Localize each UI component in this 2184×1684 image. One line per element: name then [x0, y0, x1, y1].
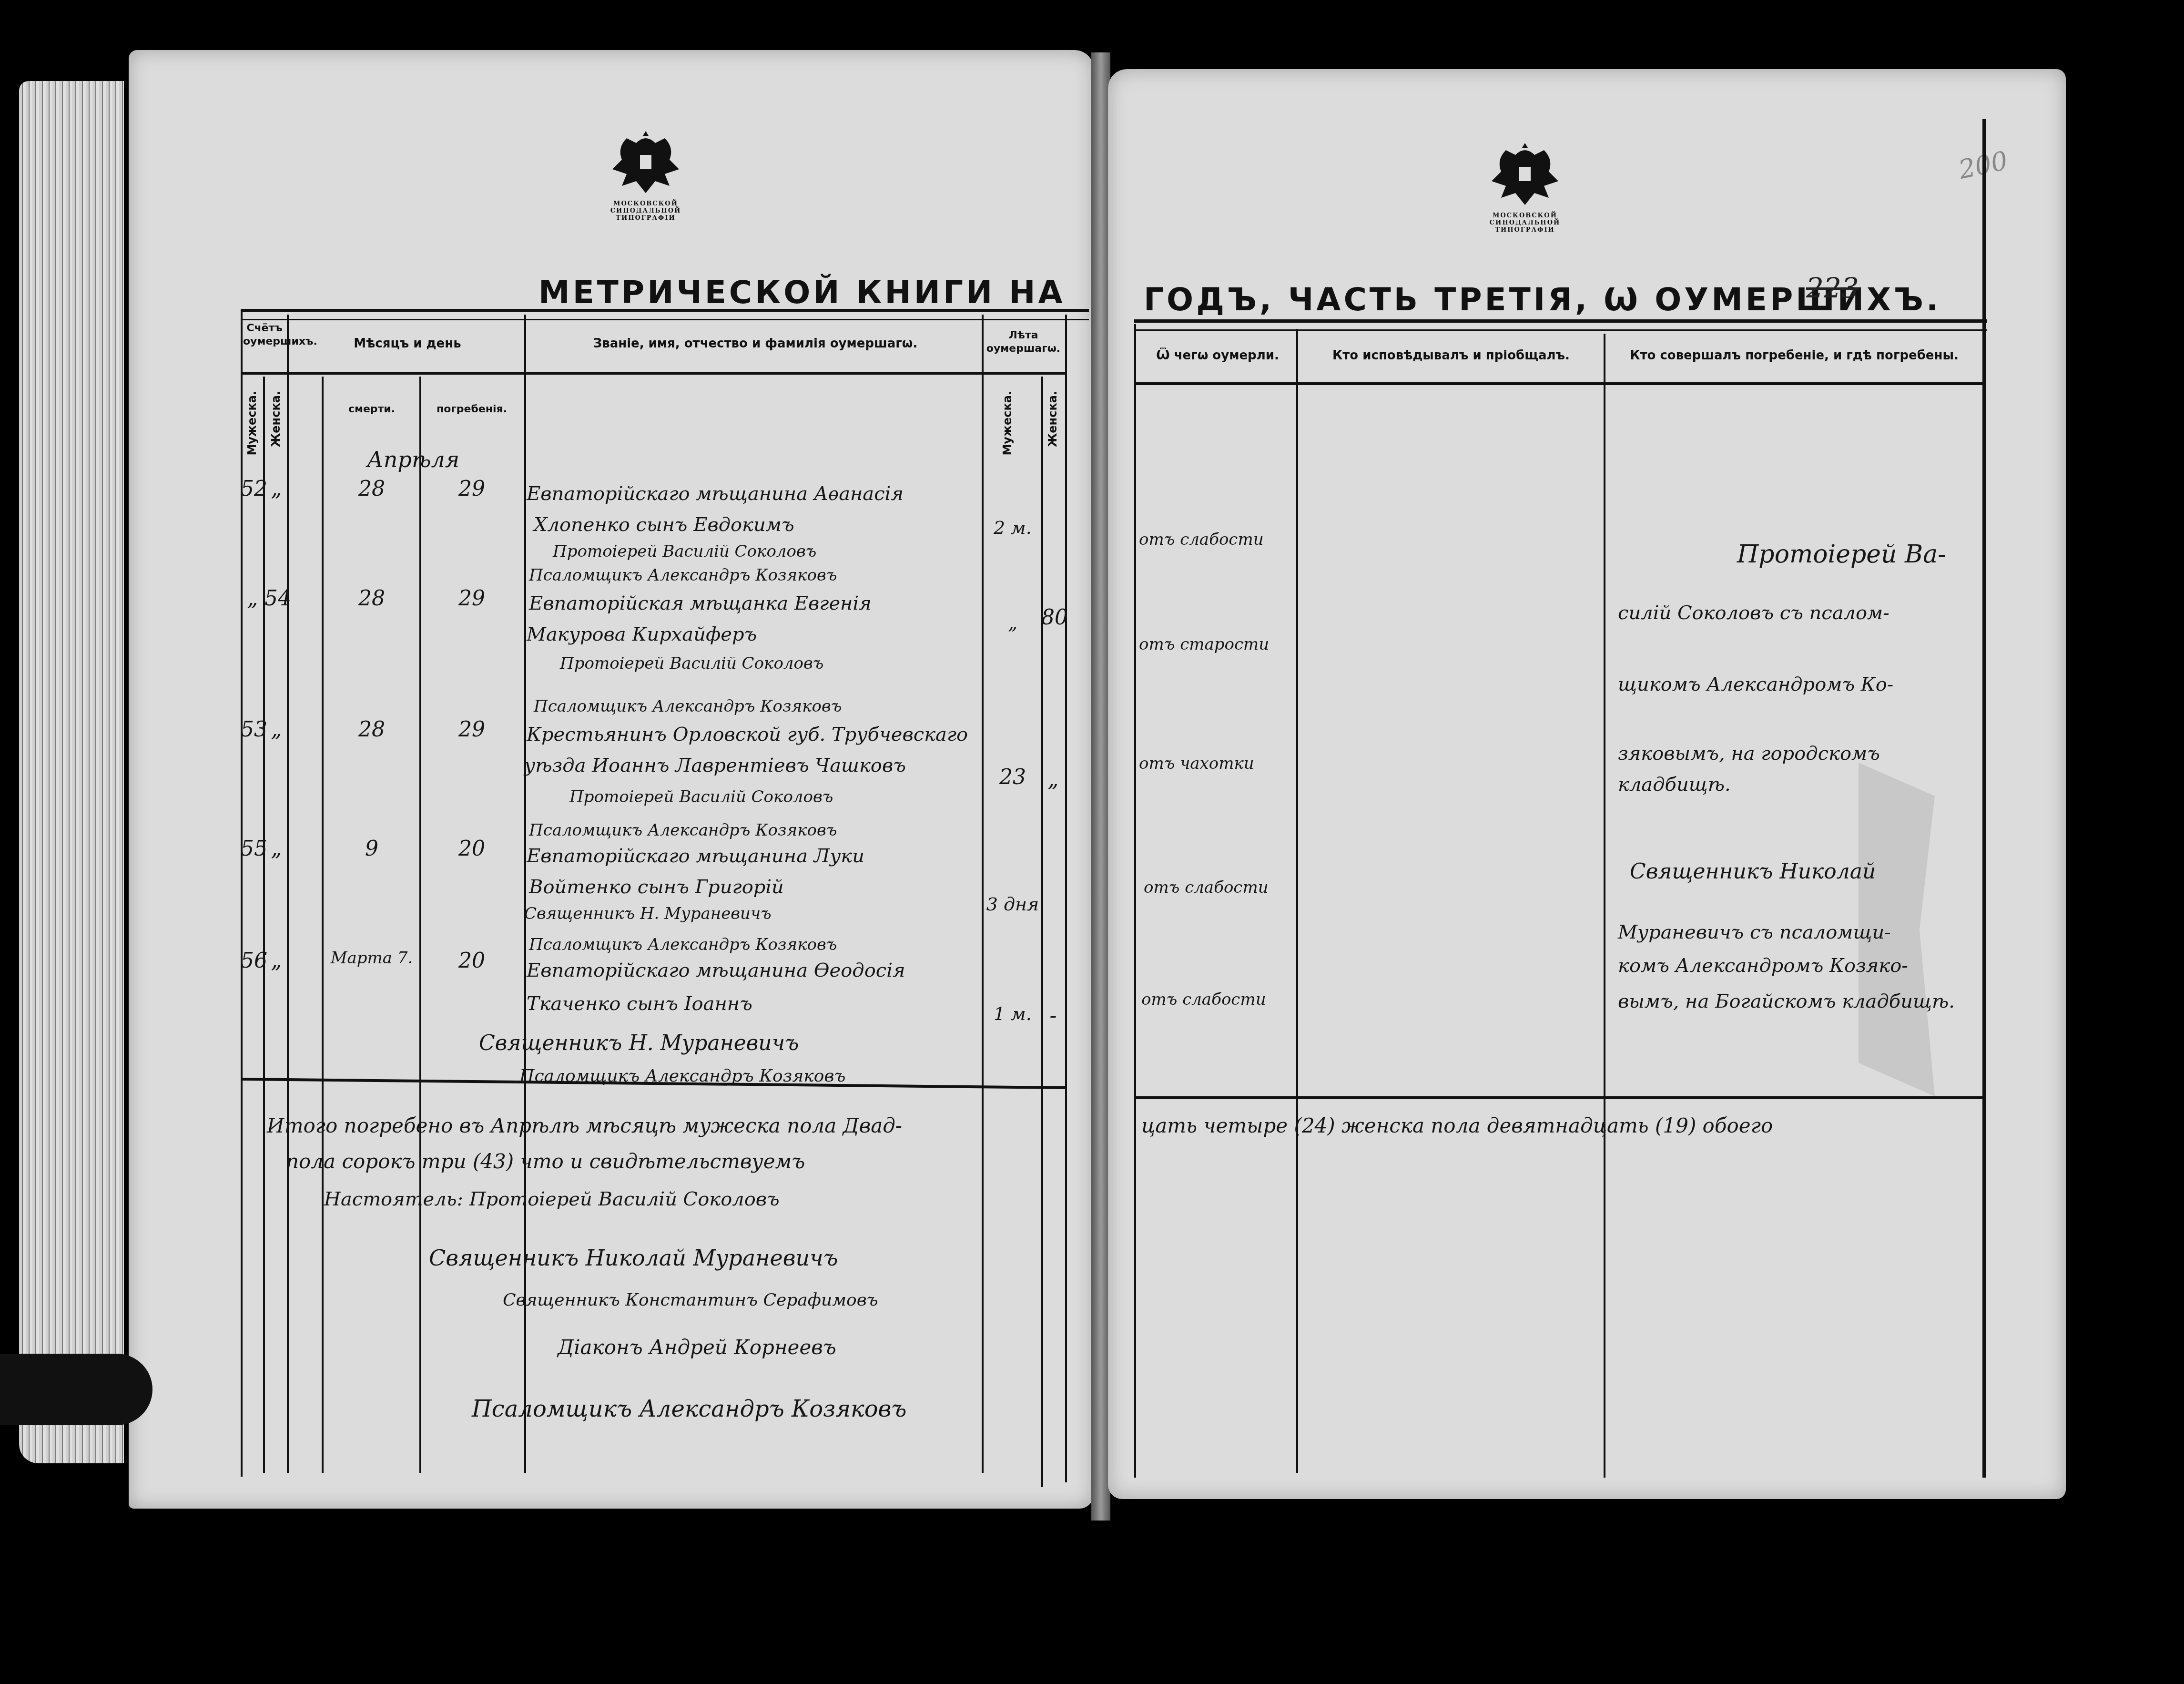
entry-age-male: „	[984, 612, 1041, 633]
header-count-female: Женска.	[269, 391, 283, 447]
entry-burial-day: 20	[422, 949, 522, 973]
header-confessor: Кто исповѣдывалъ и пріобщалъ.	[1301, 348, 1601, 364]
entry-text: Евпаторійскаго мѣщанина Аѳанасія	[527, 481, 904, 506]
book-gutter	[1091, 52, 1110, 1521]
burial-text: зяковымъ, на городскомъ	[1618, 741, 1880, 766]
entry-female-no: „	[264, 717, 288, 742]
entry-age-male: 2 м.	[984, 517, 1041, 538]
entry-signature: Протоіерей Василій Соколовъ	[553, 541, 816, 562]
month-label: Апрѣля	[367, 446, 459, 474]
header-date-burial: погребенія.	[422, 403, 522, 416]
entry-male-no: „	[241, 586, 264, 611]
table-border	[1982, 119, 1986, 1478]
header-name: Званіе, имя, отчество и фамилія оумершаг…	[529, 336, 982, 352]
crest-ribbon: МОСКОВСКОЙ СИНОДАЛЬНОЙ ТИПОГРАФІИ	[589, 200, 703, 222]
entry-age-female: 80	[1041, 605, 1065, 630]
header-age: Лѣта оумершагω.	[984, 329, 1063, 355]
book-clip	[0, 1354, 152, 1425]
entry-text: Евпаторійская мѣщанка Евгенія	[529, 591, 872, 616]
header-date-death: смерти.	[324, 403, 419, 416]
entry-death-day: 28	[324, 586, 419, 611]
entry-male-no: 53	[241, 717, 264, 742]
header-count-male: Мужеска.	[245, 391, 259, 456]
double-headed-eagle-icon	[1487, 141, 1563, 212]
col-divider	[982, 315, 984, 1473]
cause-of-death: отъ слабости	[1141, 989, 1266, 1010]
entry-female-no: 54	[264, 586, 288, 611]
entry-signature: Псаломщикъ Александръ Козяковъ	[529, 565, 837, 586]
cause-of-death: отъ слабости	[1144, 877, 1269, 898]
burial-text: Мураневичъ съ псаломщи-	[1618, 920, 1891, 945]
entry-burial-day: 29	[422, 477, 522, 501]
entry-signature: Протоіерей Василій Соколовъ	[560, 653, 823, 674]
entry-text: уѣзда Иоаннъ Лаврентіевъ Чашковъ	[524, 753, 906, 778]
entry-text: Крестьянинъ Орловской губ. Трубчевскаго	[527, 722, 968, 747]
burial-text: щикомъ Александромъ Ко-	[1618, 672, 1893, 697]
summary-line: Итого погребено въ Апрѣлѣ мѣсяцѣ мужеска…	[267, 1113, 902, 1139]
header-divider	[1134, 382, 1982, 385]
header-rule	[1134, 319, 1987, 331]
entry-death-day: Марта 7.	[324, 949, 419, 968]
crest-right: МОСКОВСКОЙ СИНОДАЛЬНОЙ ТИПОГРАФІИ	[1468, 141, 1582, 250]
header-age-male: Мужеска.	[1001, 391, 1014, 456]
burial-text: комъ Александромъ Козяко-	[1618, 953, 1908, 978]
entry-signature: Псаломщикъ Александръ Козяковъ	[529, 934, 837, 955]
col-divider	[1134, 324, 1136, 1478]
col-divider	[263, 377, 265, 1473]
burial-text: кладбищѣ.	[1618, 772, 1731, 797]
col-divider	[1604, 334, 1605, 1478]
entry-text: Евпаторійскаго мѣщанина Луки	[527, 844, 864, 868]
col-divider	[322, 377, 324, 1473]
header-cause: Ѿ чегω оумерли.	[1139, 348, 1296, 364]
header-date: Мѣсяцъ и день	[291, 336, 524, 352]
page-edges	[19, 81, 124, 1463]
burial-text: Протоіерей Ва-	[1737, 539, 1946, 571]
col-divider	[1065, 315, 1067, 1482]
entry-burial-day: 29	[422, 586, 522, 611]
header-divider	[241, 372, 1065, 375]
col-divider	[1041, 377, 1043, 1487]
book-scan: МОСКОВСКОЙ СИНОДАЛЬНОЙ ТИПОГРАФІИ МЕТРИЧ…	[0, 0, 2184, 1684]
col-divider	[419, 377, 421, 1473]
burial-text: Священникъ Николай	[1630, 858, 1876, 885]
burial-text: силій Соколовъ съ псалом-	[1618, 601, 1889, 625]
entry-text: Ткаченко сынъ Іоаннъ	[527, 991, 752, 1016]
entry-male-no: 52	[241, 477, 264, 501]
crest-ribbon: МОСКОВСКОЙ СИНОДАЛЬНОЙ ТИПОГРАФІИ	[1468, 212, 1582, 234]
entry-female-no: „	[264, 837, 288, 861]
summary-line: пола сорокъ три (43) что и свидѣтельству…	[286, 1149, 805, 1175]
entry-death-day: 28	[324, 717, 419, 742]
signature: Священникъ Николай Мураневичъ	[429, 1244, 838, 1273]
entry-age-male: 3 дня	[984, 894, 1041, 915]
header-rule	[241, 309, 1089, 320]
entry-signature: Псаломщикъ Александръ Козяковъ	[529, 820, 837, 841]
entry-signature: Псаломщикъ Александръ Козяковъ	[534, 696, 842, 717]
header-count: Счётъ оумершихъ.	[243, 322, 286, 348]
entry-age-female: „	[1041, 767, 1065, 792]
cause-of-death: отъ слабости	[1139, 529, 1264, 550]
entry-male-no: 55	[241, 837, 264, 861]
entry-age-female: -	[1041, 1003, 1065, 1028]
summary-signature: Настоятель: Протоіерей Василій Соколовъ	[324, 1187, 780, 1212]
entry-female-no: „	[264, 477, 288, 501]
col-divider	[1296, 329, 1298, 1473]
summary-line: цать четыре (24) женска пола девятнадцат…	[1141, 1113, 1773, 1139]
entry-age-male: 23	[984, 765, 1041, 789]
left-title: МЕТРИЧЕСКОЙ КНИГИ НА	[538, 274, 1066, 311]
entry-death-day: 28	[324, 477, 419, 501]
entry-text: Хлопенко сынъ Евдокимъ	[534, 512, 794, 537]
entry-death-day: 9	[324, 837, 419, 861]
double-headed-eagle-icon	[608, 129, 684, 200]
cause-of-death: отъ старости	[1139, 634, 1269, 655]
entry-burial-day: 29	[422, 717, 522, 742]
crest-left: МОСКОВСКОЙ СИНОДАЛЬНОЙ ТИПОГРАФІИ	[589, 129, 703, 238]
entry-signature: Протоіерей Василій Соколовъ	[569, 786, 833, 807]
entry-burial-day: 20	[422, 837, 522, 861]
entry-signature: Священникъ Н. Мураневичъ	[479, 1030, 799, 1057]
entry-age-male: 1 м.	[984, 1003, 1041, 1024]
entry-text: Макурова Кирхайферъ	[527, 622, 757, 647]
entry-female-no: „	[264, 949, 288, 973]
entry-text: Евпаторійскаго мѣщанина Ѳеодосія	[527, 958, 905, 983]
entry-signature: Священникъ Н. Мураневичъ	[524, 903, 772, 924]
entry-male-no: 56	[241, 949, 264, 973]
burial-text: вымъ, на Богайскомъ кладбищѣ.	[1618, 989, 1955, 1014]
summary-divider	[1134, 1096, 1982, 1099]
page-number: 223	[1806, 272, 1859, 304]
header-burial: Кто совершалъ погребеніе, и гдѣ погребен…	[1608, 348, 1980, 364]
signature: Діаконъ Андрей Корнеевъ	[558, 1335, 836, 1361]
signature: Священникъ Константинъ Серафимовъ	[503, 1289, 878, 1312]
header-age-female: Женска.	[1046, 391, 1059, 447]
cause-of-death: отъ чахотки	[1139, 753, 1254, 774]
signature: Псаломщикъ Александръ Козяковъ	[472, 1394, 907, 1424]
entry-text: Войтенко сынъ Григорій	[529, 875, 784, 899]
